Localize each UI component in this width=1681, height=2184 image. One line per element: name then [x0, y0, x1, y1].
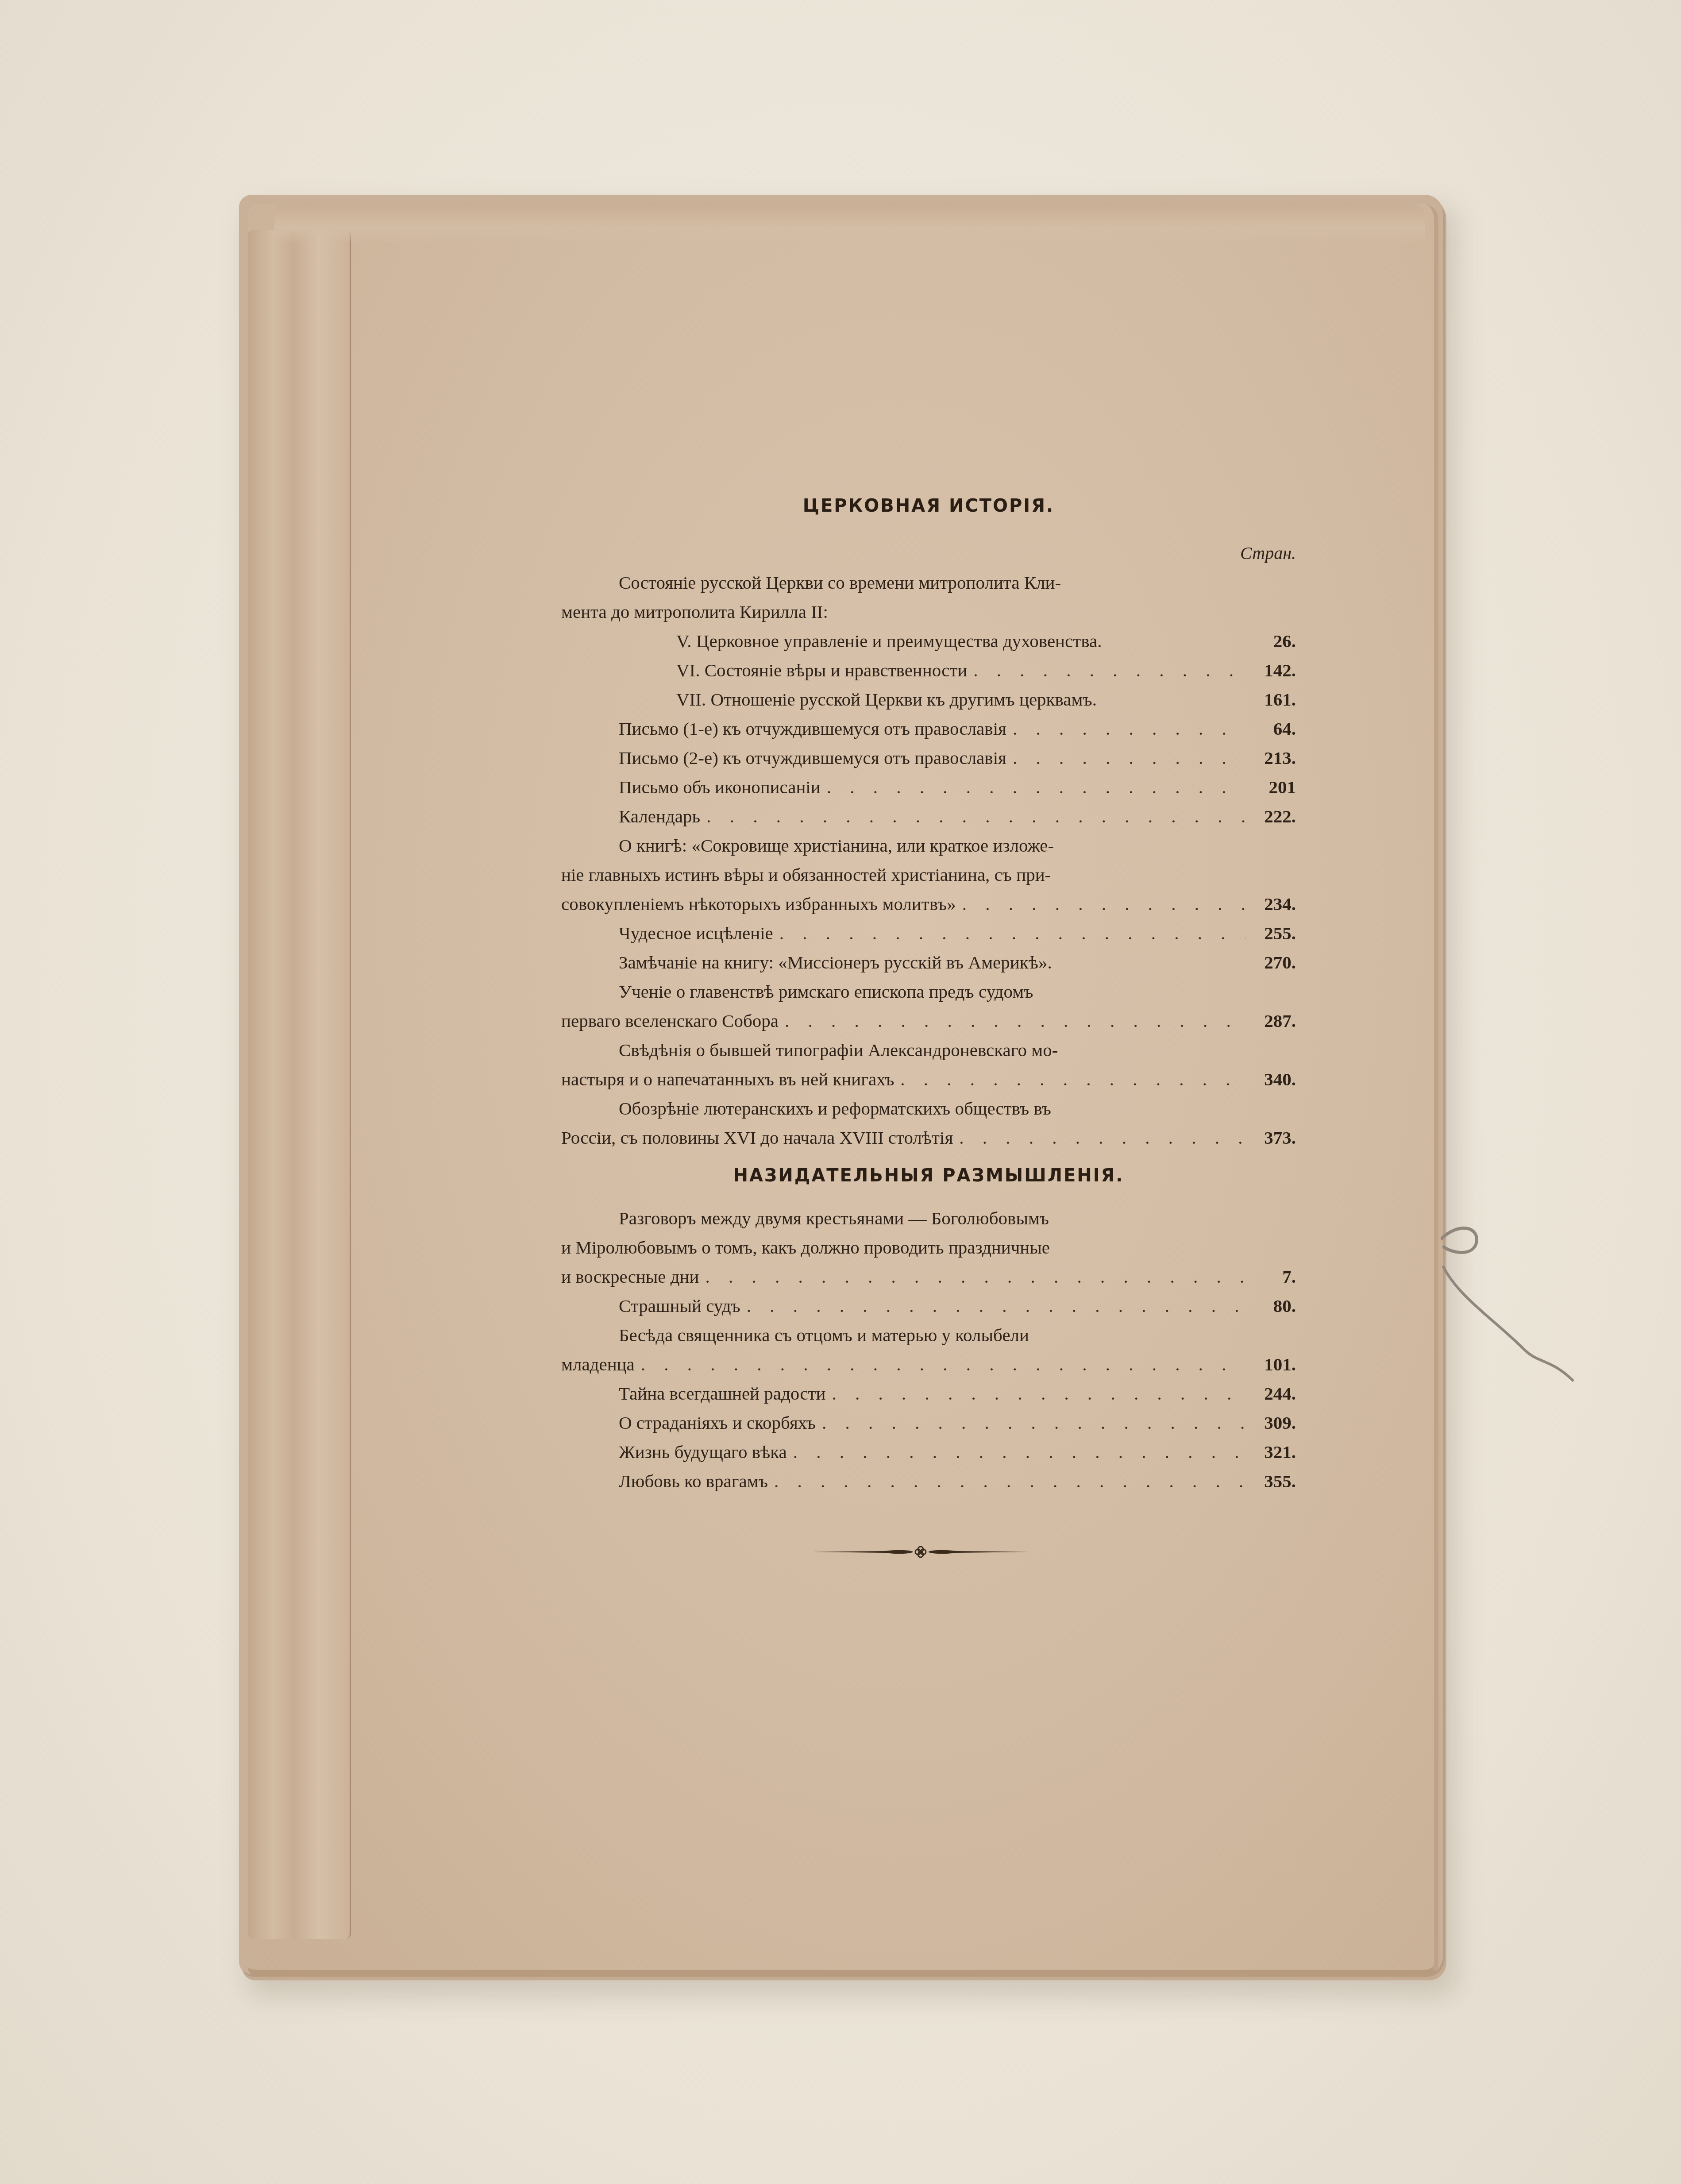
page-number: 161. — [1252, 685, 1296, 714]
toc-line: О книгѣ: «Сокровище христіанина, или кра… — [561, 831, 1296, 860]
toc-line: Состояніе русской Церкви со времени митр… — [561, 568, 1296, 597]
toc-entry: Разговоръ между двумя крестьянами — Бого… — [561, 1204, 1296, 1291]
toc-line: Жизнь будущаго вѣка321. — [561, 1437, 1296, 1466]
toc-entry: Тайна всегдашней радости244. — [561, 1379, 1296, 1408]
toc-line: Чудесное исцѣленіе255. — [561, 918, 1296, 948]
section-title-church-history: ЦЕРКОВНАЯ ИСТОРІЯ. — [561, 496, 1296, 516]
toc-line: ніе главныхъ истинъ вѣры и обязанностей … — [561, 860, 1296, 889]
toc-line: перваго вселенскаго Собора287. — [561, 1006, 1296, 1035]
toc-line: Свѣдѣнія о бывшей типографіи Александрон… — [561, 1035, 1296, 1065]
folded-spine-edge — [248, 230, 351, 1939]
section-title-edifying-reflections: НАЗИДАТЕЛЬНЫЯ РАЗМЫШЛЕНІЯ. — [561, 1165, 1296, 1186]
toc-entry: Письмо объ иконописаніи201 — [561, 772, 1296, 802]
toc-entry: Свѣдѣнія о бывшей типографіи Александрон… — [561, 1035, 1296, 1094]
toc-entry: Чудесное исцѣленіе255. — [561, 918, 1296, 948]
toc-line: Письмо объ иконописаніи201 — [561, 772, 1296, 802]
toc-line: Россіи, съ половины XVI до начала XVIII … — [561, 1123, 1296, 1152]
page-number: 142. — [1252, 656, 1296, 685]
toc-line: Письмо (1-е) къ отчуждившемуся отъ право… — [561, 714, 1296, 743]
toc-entry: VI. Состояніе вѣры и нравственности142. — [561, 656, 1296, 685]
table-of-contents: ЦЕРКОВНАЯ ИСТОРІЯ. Стран. Состояніе русс… — [561, 465, 1296, 1496]
fleuron-divider-icon — [810, 1543, 1031, 1560]
toc-line: мента до митрополита Кирилла II: — [561, 597, 1296, 626]
page-number: 222. — [1252, 802, 1296, 831]
toc-entry: Любовь ко врагамъ355. — [561, 1466, 1296, 1496]
toc-line: Ученіе о главенствѣ римскаго епископа пр… — [561, 977, 1296, 1006]
toc-entry: Замѣчаніе на книгу: «Миссіонеръ русскій … — [561, 948, 1296, 977]
toc-line: Страшный судъ80. — [561, 1291, 1296, 1320]
page-number: 213. — [1252, 743, 1296, 772]
toc-line: Письмо (2-е) къ отчуждившемуся отъ право… — [561, 743, 1296, 772]
toc-entry: О книгѣ: «Сокровище христіанина, или кра… — [561, 831, 1296, 918]
page-number: 309. — [1252, 1408, 1296, 1437]
page-number: 244. — [1252, 1379, 1296, 1408]
toc-entry: Письмо (1-е) къ отчуждившемуся отъ право… — [561, 714, 1296, 743]
page-number: 64. — [1252, 714, 1296, 743]
page-number: 270. — [1252, 948, 1296, 977]
page-number: 234. — [1252, 889, 1296, 918]
toc-line: Обозрѣніе лютеранскихъ и реформатскихъ о… — [561, 1094, 1296, 1123]
toc-line: настыря и о напечатанныхъ въ ней книгахъ… — [561, 1065, 1296, 1094]
toc-line: совокупленіемъ нѣкоторыхъ избранныхъ мол… — [561, 889, 1296, 918]
toc-line: V. Церковное управленіе и преимущества д… — [561, 626, 1296, 656]
toc-line: VI. Состояніе вѣры и нравственности142. — [561, 656, 1296, 685]
toc-line: О страданіяхъ и скорбяхъ309. — [561, 1408, 1296, 1437]
page-number: 7. — [1252, 1262, 1296, 1291]
page-number: 201 — [1252, 772, 1296, 802]
toc-entry: VII. Отношеніе русской Церкви къ другимъ… — [561, 685, 1296, 714]
toc-line: VII. Отношеніе русской Церкви къ другимъ… — [561, 685, 1296, 714]
toc-entry: Страшный судъ80. — [561, 1291, 1296, 1320]
toc-line: Бесѣда священника съ отцомъ и матерью у … — [561, 1320, 1296, 1350]
toc-entry: Бесѣда священника съ отцомъ и матерью у … — [561, 1320, 1296, 1379]
toc-entry: Жизнь будущаго вѣка321. — [561, 1437, 1296, 1466]
toc-entry: Письмо (2-е) къ отчуждившемуся отъ право… — [561, 743, 1296, 772]
page-number: 373. — [1252, 1123, 1296, 1152]
toc-entry: О страданіяхъ и скорбяхъ309. — [561, 1408, 1296, 1437]
toc-line: Замѣчаніе на книгу: «Миссіонеръ русскій … — [561, 948, 1296, 977]
toc-line: Любовь ко врагамъ355. — [561, 1466, 1296, 1496]
toc-line: младенца101. — [561, 1350, 1296, 1379]
page-number: 26. — [1252, 626, 1296, 656]
page-number: 255. — [1252, 918, 1296, 948]
toc-line: и воскресные дни7. — [561, 1262, 1296, 1291]
page-number: 101. — [1252, 1350, 1296, 1379]
page-number: 340. — [1252, 1065, 1296, 1094]
toc-entry: Календарь222. — [561, 802, 1296, 831]
page-number: 321. — [1252, 1437, 1296, 1466]
page-number: 355. — [1252, 1466, 1296, 1496]
page-number: 80. — [1252, 1291, 1296, 1320]
toc-line: Календарь222. — [561, 802, 1296, 831]
binding-thread-icon — [1441, 1204, 1600, 1390]
toc-entry: Обозрѣніе лютеранскихъ и реформатскихъ о… — [561, 1094, 1296, 1152]
toc-line: Разговоръ между двумя крестьянами — Бого… — [561, 1204, 1296, 1233]
toc-line: Тайна всегдашней радости244. — [561, 1379, 1296, 1408]
toc-entry: Ученіе о главенствѣ римскаго епископа пр… — [561, 977, 1296, 1035]
page-column-header: Стран. — [561, 543, 1296, 563]
toc-entry: Состояніе русской Церкви со времени митр… — [561, 568, 1296, 626]
page-number: 287. — [1252, 1006, 1296, 1035]
toc-line: и Міролюбовымъ о томъ, какъ должно прово… — [561, 1233, 1296, 1262]
toc-entry: V. Церковное управленіе и преимущества д… — [561, 626, 1296, 656]
top-edge-fold — [274, 204, 1425, 243]
